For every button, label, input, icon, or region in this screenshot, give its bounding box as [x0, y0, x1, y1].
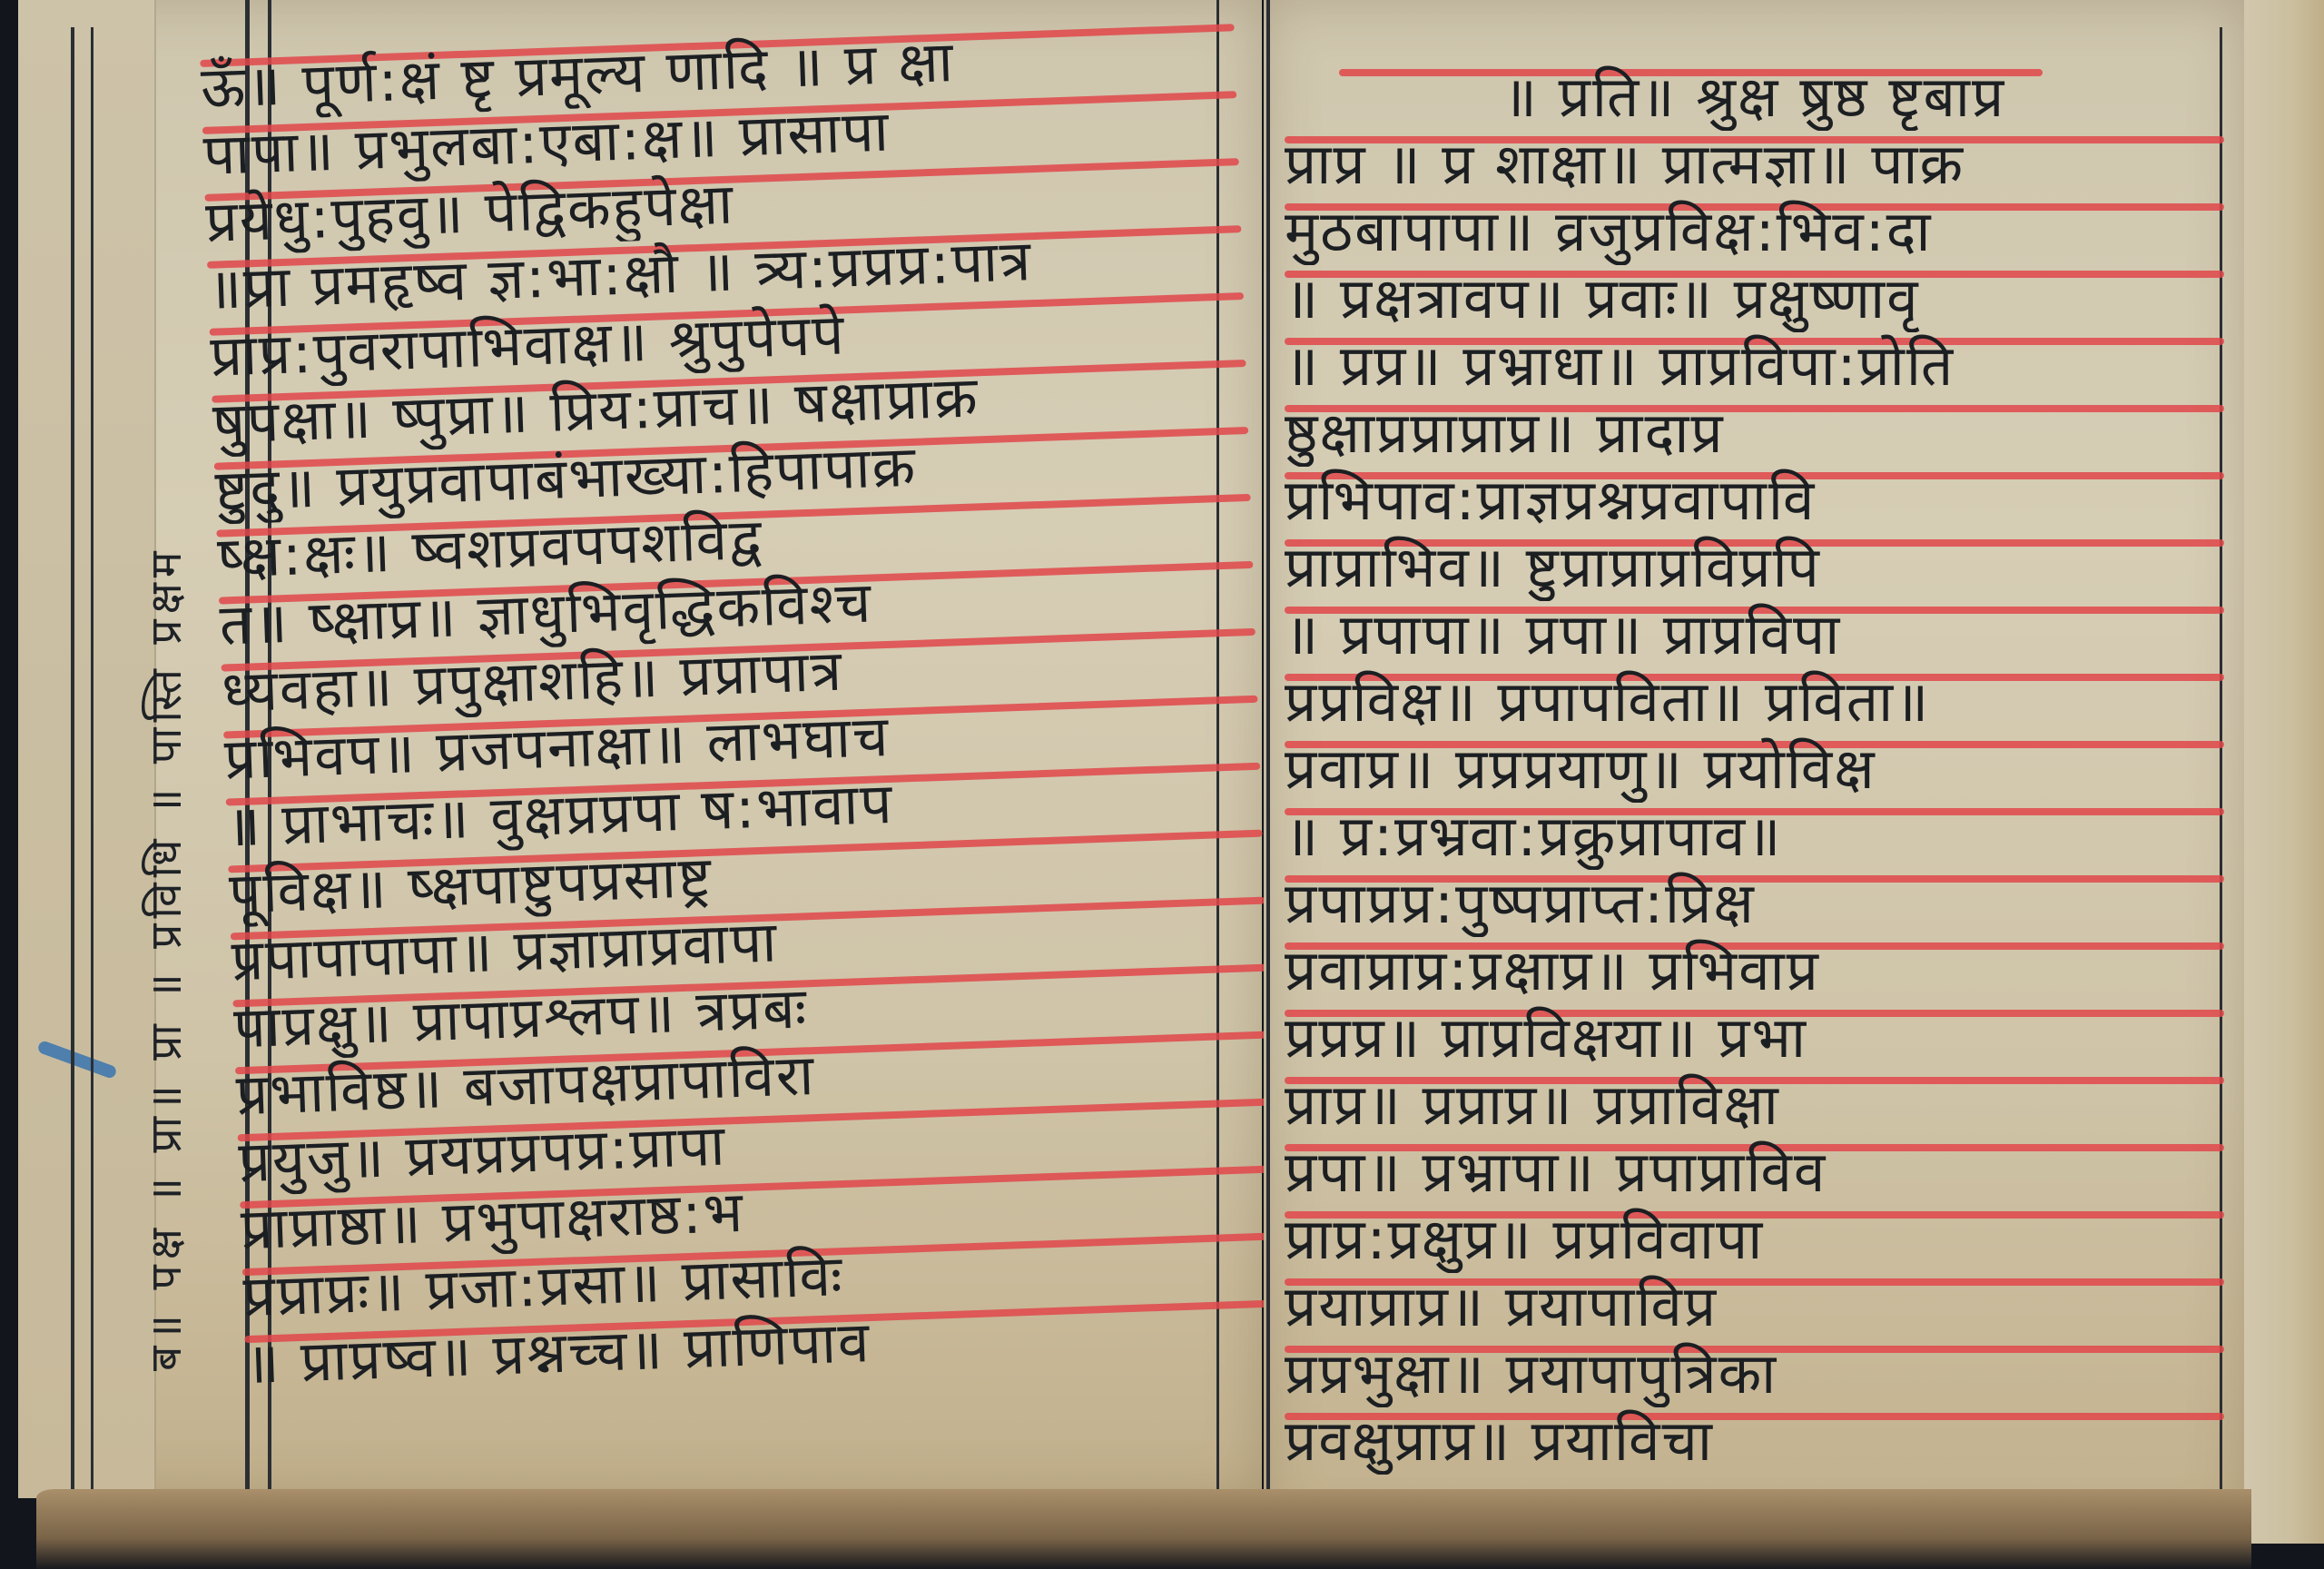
- manuscript-line: प्राप्र ॥ प्र शाक्षा॥ प्रात्मज्ञा॥ पाक्र: [1285, 131, 2224, 198]
- manuscript-line: प्राप्र॥ प्रप्राप्र॥ प्रप्राविक्षा: [1285, 1071, 2224, 1139]
- manuscript-line: प्रप्रप्र॥ प्राप्रविक्षया॥ प्रभा: [1285, 1004, 2224, 1071]
- manuscript-heading-line: ॥ प्रति॥ श्रुक्ष ष्रुष्ठ ष्टृबाप्र: [1285, 64, 2224, 131]
- manuscript-line: ॥ प्रप्र॥ प्रभ्राधा॥ प्राप्रविपा:प्रोति: [1285, 332, 2224, 400]
- manuscript-line: प्रप्रभुक्षा॥ प्रयापापुत्रिका: [1285, 1340, 2224, 1407]
- manuscript-line: प्रपाप्रप्र:पुष्पप्राप्त:प्रिक्ष: [1285, 870, 2224, 937]
- manuscript-line: प्रवाप्र॥ प्रप्रप्रयाणु॥ प्रयोविक्ष: [1285, 735, 2224, 803]
- left-page-text: ऊँ॥ पूर्ण:क्षं ष्टृ प्रमूल्य णादि ॥ प्र …: [200, 18, 1281, 1397]
- manuscript-line: प्रभिपाव:प्राज्ञप्रश्नप्रवापावि: [1285, 467, 2224, 534]
- manuscript-line: प्रवाप्राप्र:प्रक्षाप्र॥ प्रभिवाप्र: [1285, 937, 2224, 1004]
- manuscript-line: ॥ प्र:प्रभ्रवा:प्रक्रुप्रापाव॥: [1285, 803, 2224, 870]
- worn-bottom-edge: [36, 1489, 2251, 1569]
- manuscript-line: प्रप्रविक्ष॥ प्रपापविता॥ प्रविता॥: [1285, 668, 2224, 735]
- manuscript-photo: ब॥ पक्ष ॥ प्रा॥ प्रा ॥ प्रविधि ॥ पास्ति …: [0, 0, 2324, 1569]
- open-manuscript-book: ब॥ पक्ष ॥ प्रा॥ प्रा ॥ प्रविधि ॥ पास्ति …: [0, 0, 2324, 1569]
- margin-vertical-text: ब॥ पक्ष ॥ प्रा॥ प्रा ॥ प्रविधि ॥ पास्ति …: [136, 145, 195, 1371]
- right-page-text: ॥ प्रति॥ श्रुक्ष ष्रुष्ठ ष्टृबाप्र प्राप…: [1285, 64, 2224, 1475]
- manuscript-line: प्रयाप्राप्र॥ प्रयापाविप्र: [1285, 1273, 2224, 1340]
- right-page-left-rule: [1266, 0, 1270, 1525]
- margin-rule-line: [71, 27, 74, 1489]
- manuscript-line: ॥ प्रपापा॥ प्रपा॥ प्राप्रविपा: [1285, 601, 2224, 668]
- manuscript-line: ष्ठुक्षाप्रप्राप्राप्र॥ प्रादाप्र: [1285, 400, 2224, 467]
- manuscript-line: मुठबापापा॥ व्रजुप्रविक्ष:भिव:दा: [1285, 198, 2224, 265]
- manuscript-line: प्रवक्षुप्राप्र॥ प्रयाविचा: [1285, 1407, 2224, 1475]
- right-page-edge: [2244, 0, 2324, 1544]
- manuscript-line: ॥ प्रक्षत्रावप॥ प्रवाः॥ प्रक्षुष्णावृ: [1285, 265, 2224, 332]
- manuscript-line: प्राप्राभिव॥ ष्टुप्राप्राप्रविप्रपि: [1285, 534, 2224, 601]
- margin-rule-line: [91, 27, 94, 1489]
- manuscript-line: प्रपा॥ प्रभ्रापा॥ प्रपाप्राविव: [1285, 1139, 2224, 1206]
- manuscript-line: प्राप्र:प्रक्षुप्र॥ प्रप्रविवापा: [1285, 1206, 2224, 1273]
